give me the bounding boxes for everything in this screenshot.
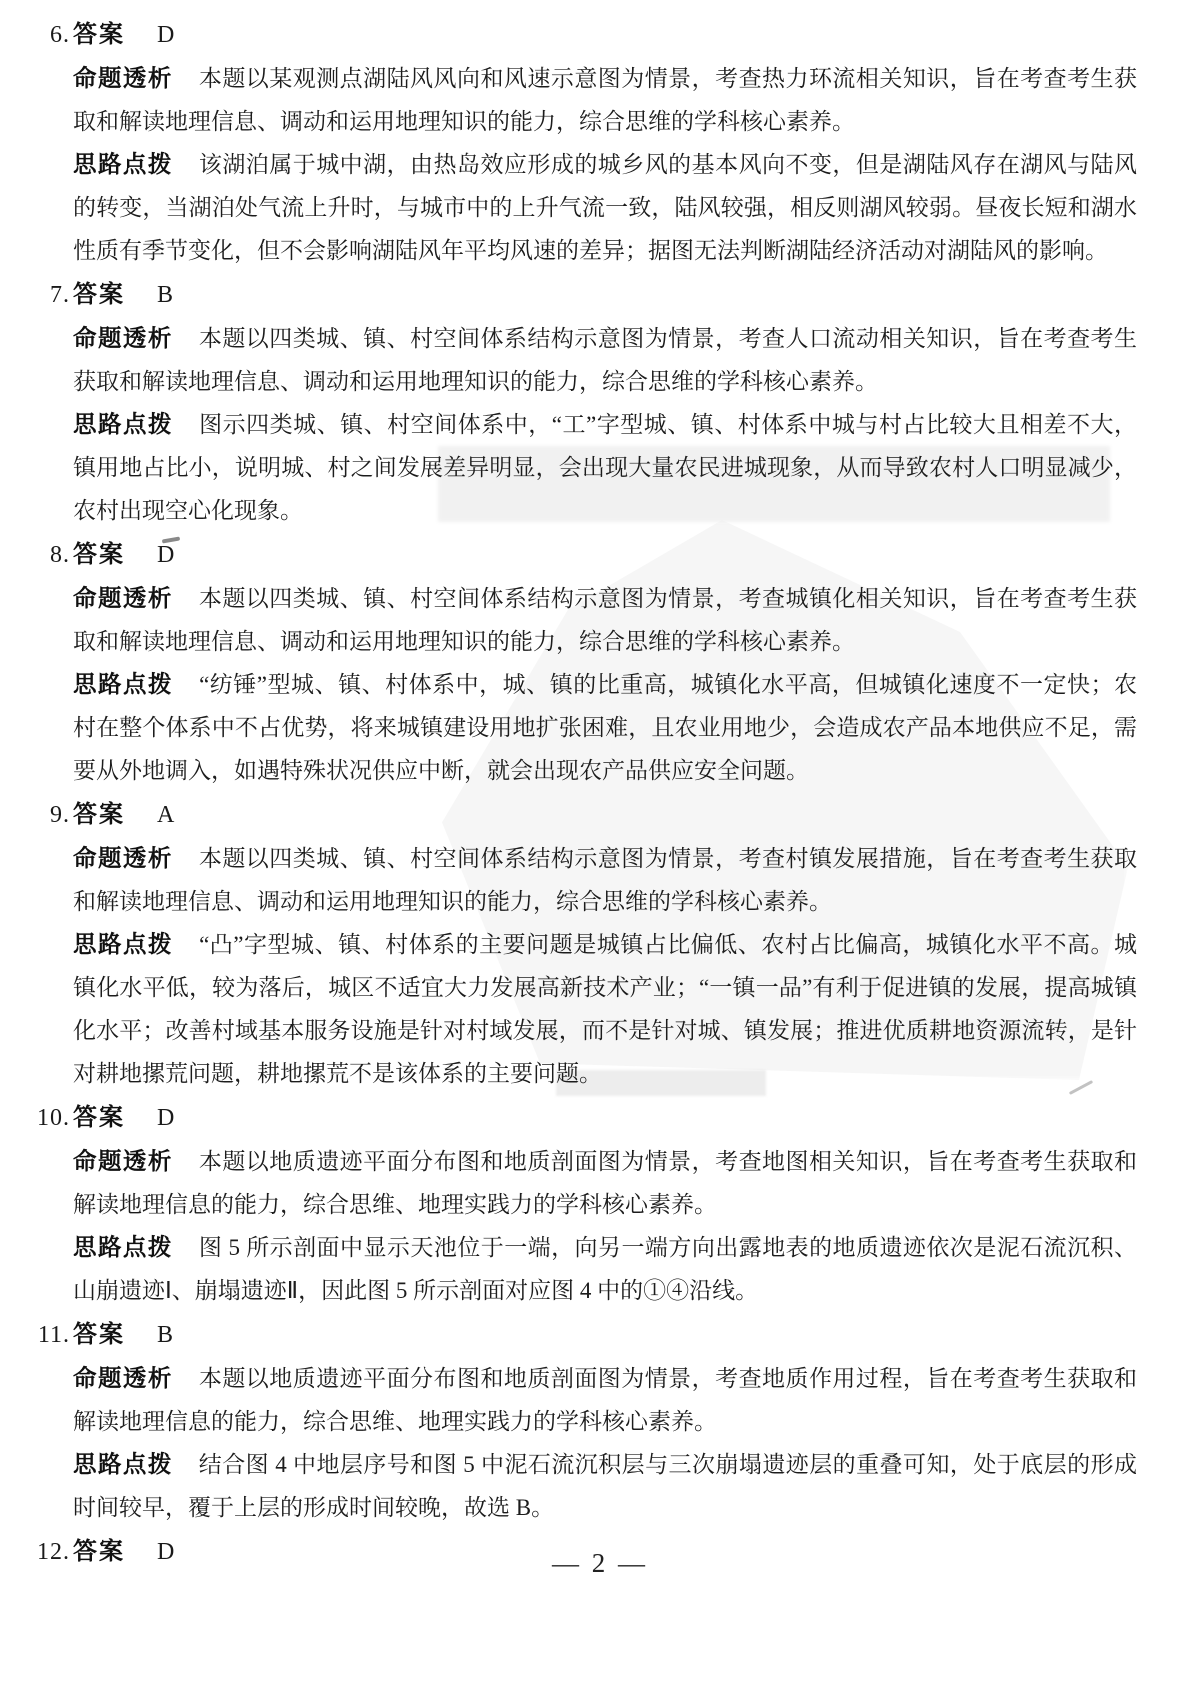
hint-paragraph: 思路点拨图示四类城、镇、村空间体系中，“工”字型城、镇、村体系中城与村占比较大且… xyxy=(73,403,1137,532)
question-number: 11. xyxy=(0,1313,70,1358)
analysis-label: 命题透析 xyxy=(73,845,173,871)
question-number: 9. xyxy=(0,793,70,838)
analysis-paragraph: 命题透析本题以四类城、镇、村空间体系结构示意图为情景，考查城镇化相关知识，旨在考… xyxy=(73,577,1137,663)
question-number: 6. xyxy=(0,13,70,58)
question-item-6: 6. 答案 D 命题透析本题以某观测点湖陆风风向和风速示意图为情景，考查热力环流… xyxy=(0,12,1200,272)
question-number: 7. xyxy=(0,273,70,318)
answer-label: 答案 xyxy=(73,272,125,317)
answer-value: D xyxy=(157,533,174,578)
answer-line: 6. 答案 D xyxy=(0,12,1200,57)
hint-label: 思路点拨 xyxy=(73,151,173,177)
hint-paragraph: 思路点拨“纺锤”型城、镇、村体系中，城、镇的比重高，城镇化水平高，但城镇化速度不… xyxy=(73,663,1137,792)
answer-value: D xyxy=(157,1096,174,1141)
page-number-footer: — 2 — xyxy=(0,1548,1200,1579)
question-item-11: 11. 答案 B 命题透析本题以地质遗迹平面分布图和地质剖面图为情景，考查地质作… xyxy=(0,1312,1200,1529)
answer-label: 答案 xyxy=(73,1312,125,1357)
analysis-text: 本题以地质遗迹平面分布图和地质剖面图为情景，考查地图相关知识，旨在考查考生获取和… xyxy=(73,1149,1137,1217)
analysis-paragraph: 命题透析本题以某观测点湖陆风风向和风速示意图为情景，考查热力环流相关知识，旨在考… xyxy=(73,57,1137,143)
analysis-text: 本题以四类城、镇、村空间体系结构示意图为情景，考查人口流动相关知识，旨在考查考生… xyxy=(73,326,1137,394)
analysis-paragraph: 命题透析本题以地质遗迹平面分布图和地质剖面图为情景，考查地图相关知识，旨在考查考… xyxy=(73,1140,1137,1226)
analysis-label: 命题透析 xyxy=(73,325,173,351)
question-item-7: 7. 答案 B 命题透析本题以四类城、镇、村空间体系结构示意图为情景，考查人口流… xyxy=(0,272,1200,532)
question-item-10: 10. 答案 D 命题透析本题以地质遗迹平面分布图和地质剖面图为情景，考查地图相… xyxy=(0,1095,1200,1312)
question-item-9: 9. 答案 A 命题透析本题以四类城、镇、村空间体系结构示意图为情景，考查村镇发… xyxy=(0,792,1200,1095)
hint-text: 结合图 4 中地层序号和图 5 中泥石流沉积层与三次崩塌遗迹层的重叠可知，处于底… xyxy=(73,1452,1137,1520)
answer-value: B xyxy=(157,273,173,318)
analysis-paragraph: 命题透析本题以地质遗迹平面分布图和地质剖面图为情景，考查地质作用过程，旨在考查考… xyxy=(73,1357,1137,1443)
question-number: 10. xyxy=(0,1096,70,1141)
analysis-paragraph: 命题透析本题以四类城、镇、村空间体系结构示意图为情景，考查村镇发展措施，旨在考查… xyxy=(73,837,1137,923)
answer-value: D xyxy=(157,13,174,58)
analysis-label: 命题透析 xyxy=(73,65,173,91)
answer-line: 9. 答案 A xyxy=(0,792,1200,837)
hint-text: 图 5 所示剖面中显示天池位于一端，向另一端方向出露地表的地质遗迹依次是泥石流沉… xyxy=(73,1235,1137,1303)
hint-paragraph: 思路点拨结合图 4 中地层序号和图 5 中泥石流沉积层与三次崩塌遗迹层的重叠可知… xyxy=(73,1443,1137,1529)
analysis-label: 命题透析 xyxy=(73,585,173,611)
analysis-text: 本题以四类城、镇、村空间体系结构示意图为情景，考查城镇化相关知识，旨在考查考生获… xyxy=(73,586,1137,654)
hint-label: 思路点拨 xyxy=(73,931,173,957)
question-number: 8. xyxy=(0,533,70,578)
hint-paragraph: 思路点拨图 5 所示剖面中显示天池位于一端，向另一端方向出露地表的地质遗迹依次是… xyxy=(73,1226,1137,1312)
answer-line: 7. 答案 B xyxy=(0,272,1200,317)
answer-label: 答案 xyxy=(73,12,125,57)
hint-label: 思路点拨 xyxy=(73,1451,173,1477)
hint-label: 思路点拨 xyxy=(73,1234,173,1260)
answer-line: 11. 答案 B xyxy=(0,1312,1200,1357)
answer-label: 答案 xyxy=(73,532,125,577)
analysis-text: 本题以地质遗迹平面分布图和地质剖面图为情景，考查地质作用过程，旨在考查考生获取和… xyxy=(73,1366,1137,1434)
answer-line: 8. 答案 D xyxy=(0,532,1200,577)
hint-text: 图示四类城、镇、村空间体系中，“工”字型城、镇、村体系中城与村占比较大且相差不大… xyxy=(73,412,1137,523)
answer-label: 答案 xyxy=(73,1095,125,1140)
hint-text: “纺锤”型城、镇、村体系中，城、镇的比重高，城镇化水平高，但城镇化速度不一定快；… xyxy=(73,672,1137,783)
analysis-paragraph: 命题透析本题以四类城、镇、村空间体系结构示意图为情景，考查人口流动相关知识，旨在… xyxy=(73,317,1137,403)
answer-line: 10. 答案 D xyxy=(0,1095,1200,1140)
hint-paragraph: 思路点拨该湖泊属于城中湖，由热岛效应形成的城乡风的基本风向不变，但是湖陆风存在湖… xyxy=(73,143,1137,272)
analysis-text: 本题以某观测点湖陆风风向和风速示意图为情景，考查热力环流相关知识，旨在考查考生获… xyxy=(73,66,1137,134)
hint-label: 思路点拨 xyxy=(73,671,173,697)
answer-value: B xyxy=(157,1313,173,1358)
analysis-text: 本题以四类城、镇、村空间体系结构示意图为情景，考查村镇发展措施，旨在考查考生获取… xyxy=(73,846,1137,914)
answer-value: A xyxy=(157,793,174,838)
analysis-label: 命题透析 xyxy=(73,1365,173,1391)
question-item-8: 8. 答案 D 命题透析本题以四类城、镇、村空间体系结构示意图为情景，考查城镇化… xyxy=(0,532,1200,792)
analysis-label: 命题透析 xyxy=(73,1148,173,1174)
hint-paragraph: 思路点拨“凸”字型城、镇、村体系的主要问题是城镇占比偏低、农村占比偏高，城镇化水… xyxy=(73,923,1137,1095)
hint-text: “凸”字型城、镇、村体系的主要问题是城镇占比偏低、农村占比偏高，城镇化水平不高。… xyxy=(73,932,1137,1086)
hint-label: 思路点拨 xyxy=(73,411,173,437)
document-page: 6. 答案 D 命题透析本题以某观测点湖陆风风向和风速示意图为情景，考查热力环流… xyxy=(0,0,1200,1697)
hint-text: 该湖泊属于城中湖，由热岛效应形成的城乡风的基本风向不变，但是湖陆风存在湖风与陆风… xyxy=(73,152,1137,263)
answer-label: 答案 xyxy=(73,792,125,837)
